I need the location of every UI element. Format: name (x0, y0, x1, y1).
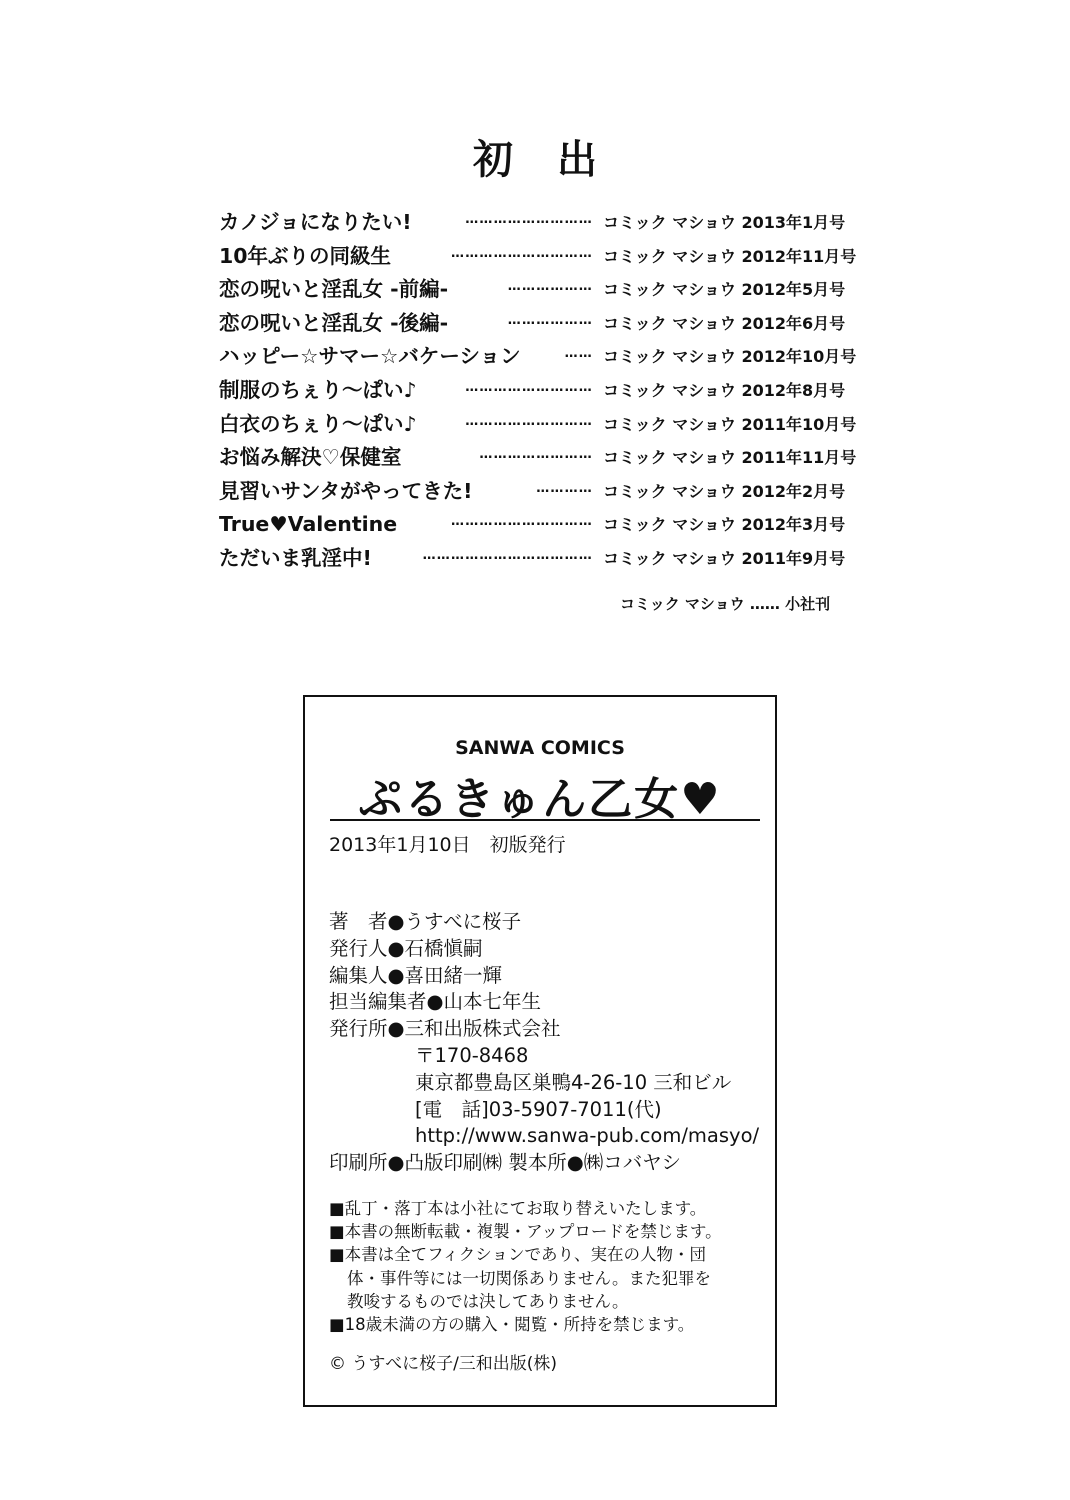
publishing-house-credit: 発行所●三和出版株式会社 (329, 1016, 759, 1043)
series-name: SANWA COMICS (305, 737, 775, 759)
story-source: コミック マショウ 2011年10月号 (603, 411, 856, 439)
author-credit: 著 者●うすべに桜子 (329, 909, 759, 936)
notice-item: ■本書の無断転載・複製・アップロードを禁じます。 (329, 1220, 722, 1243)
list-item: True♥Valentine ………………………… コミック マショウ 2012… (219, 509, 859, 543)
notices-block: ■乱丁・落丁本は小社にてお取り替えいたします。 ■本書の無断転載・複製・アップロ… (329, 1197, 722, 1336)
notice-item-continued: 体・事件等には一切関係ありません。また犯罪を (329, 1267, 722, 1290)
story-source: コミック マショウ 2011年11月号 (603, 444, 856, 472)
notice-item: ■乱丁・落丁本は小社にてお取り替えいたします。 (329, 1197, 722, 1220)
website-url: http://www.sanwa-pub.com/masyo/ (329, 1123, 759, 1150)
assigned-editor-credit: 担当編集者●山本七年生 (329, 989, 759, 1016)
postal-code: 〒170-8468 (329, 1043, 759, 1070)
first-appearance-heading: 初出 (0, 128, 1070, 185)
list-item: ハッピー☆サマー☆バケーション …… コミック マショウ 2012年10月号 (219, 341, 859, 375)
story-title: 恋の呪いと淫乱女 -後編- (219, 308, 448, 338)
story-source: コミック マショウ 2012年6月号 (603, 310, 845, 338)
leader-dots: ………………………… (451, 241, 593, 267)
notice-item: ■18歳未満の方の購入・閲覧・所持を禁じます。 (329, 1313, 722, 1336)
story-source: コミック マショウ 2012年8月号 (603, 377, 845, 405)
leader-dots: …… (565, 341, 593, 367)
first-appearance-list: カノジョになりたい! ……………………… コミック マショウ 2013年1月号 … (219, 207, 859, 577)
story-source: コミック マショウ 2012年11月号 (603, 243, 856, 271)
story-title: 制服のちぇり〜ぱい♪ (219, 375, 417, 405)
notice-item-continued: 教唆するものでは決してありません。 (329, 1290, 722, 1313)
printing-credit: 印刷所●凸版印刷㈱ 製本所●㈱コバヤシ (329, 1150, 759, 1177)
story-title: カノジョになりたい! (219, 207, 412, 237)
list-item: カノジョになりたい! ……………………… コミック マショウ 2013年1月号 (219, 207, 859, 241)
list-item: 恋の呪いと淫乱女 -前編- ……………… コミック マショウ 2012年5月号 (219, 274, 859, 308)
story-title: ハッピー☆サマー☆バケーション (219, 341, 521, 371)
leader-dots: ……………… (508, 274, 593, 300)
notice-item: ■本書は全てフィクションであり、実在の人物・団 (329, 1243, 722, 1266)
leader-dots: ……………………… (465, 375, 593, 401)
colophon-box: SANWA COMICS ぷるきゅん乙女♥ 2013年1月10日 初版発行 著 … (303, 695, 777, 1407)
street-address: 東京都豊島区巣鴨4-26-10 三和ビル (329, 1070, 759, 1097)
story-title: True♥Valentine (219, 509, 397, 539)
editor-credit: 編集人●喜田緒一輝 (329, 963, 759, 990)
story-title: 白衣のちぇり〜ぱい♪ (219, 409, 417, 439)
copyright-notice: © うすべに桜子/三和出版(株) (329, 1349, 557, 1374)
publisher-person-credit: 発行人●石橋愼嗣 (329, 936, 759, 963)
phone-number: [電 話]03-5907-7011(代) (329, 1097, 759, 1124)
book-title: ぷるきゅん乙女♥ (305, 763, 775, 827)
credits-block: 著 者●うすべに桜子 発行人●石橋愼嗣 編集人●喜田緒一輝 担当編集者●山本七年… (329, 909, 759, 1177)
leader-dots: ……………………… (465, 409, 593, 435)
leader-dots: ………… (536, 476, 593, 502)
story-title: 恋の呪いと淫乱女 -前編- (219, 274, 448, 304)
story-source: コミック マショウ 2012年10月号 (603, 343, 856, 371)
list-item: 制服のちぇり〜ぱい♪ ……………………… コミック マショウ 2012年8月号 (219, 375, 859, 409)
list-item: 10年ぶりの同級生 ………………………… コミック マショウ 2012年11月号 (219, 241, 859, 275)
story-source: コミック マショウ 2013年1月号 (603, 209, 845, 237)
story-source: コミック マショウ 2011年9月号 (603, 545, 845, 573)
divider (330, 819, 760, 821)
list-item: 恋の呪いと淫乱女 -後編- ……………… コミック マショウ 2012年6月号 (219, 308, 859, 342)
story-title: 10年ぶりの同級生 (219, 241, 391, 271)
story-title: 見習いサンタがやってきた! (219, 476, 473, 506)
leader-dots: ……………………… (465, 207, 593, 233)
story-title: お悩み解決♡保健室 (219, 442, 401, 472)
leader-dots: …………………… (479, 442, 593, 468)
story-title: ただいま乳淫中! (219, 543, 372, 573)
story-source: コミック マショウ 2012年3月号 (603, 511, 845, 539)
story-source: コミック マショウ 2012年5月号 (603, 276, 845, 304)
leader-dots: ……………………………… (423, 543, 593, 569)
list-item: 見習いサンタがやってきた! ………… コミック マショウ 2012年2月号 (219, 476, 859, 510)
list-item: 白衣のちぇり〜ぱい♪ ……………………… コミック マショウ 2011年10月号 (219, 409, 859, 443)
list-item: お悩み解決♡保健室 …………………… コミック マショウ 2011年11月号 (219, 442, 859, 476)
publisher-note: コミック マショウ …… 小社刊 (620, 591, 830, 617)
list-item: ただいま乳淫中! ……………………………… コミック マショウ 2011年9月号 (219, 543, 859, 577)
leader-dots: ……………… (508, 308, 593, 334)
publication-date: 2013年1月10日 初版発行 (329, 830, 566, 857)
story-source: コミック マショウ 2012年2月号 (603, 478, 845, 506)
leader-dots: ………………………… (451, 509, 593, 535)
